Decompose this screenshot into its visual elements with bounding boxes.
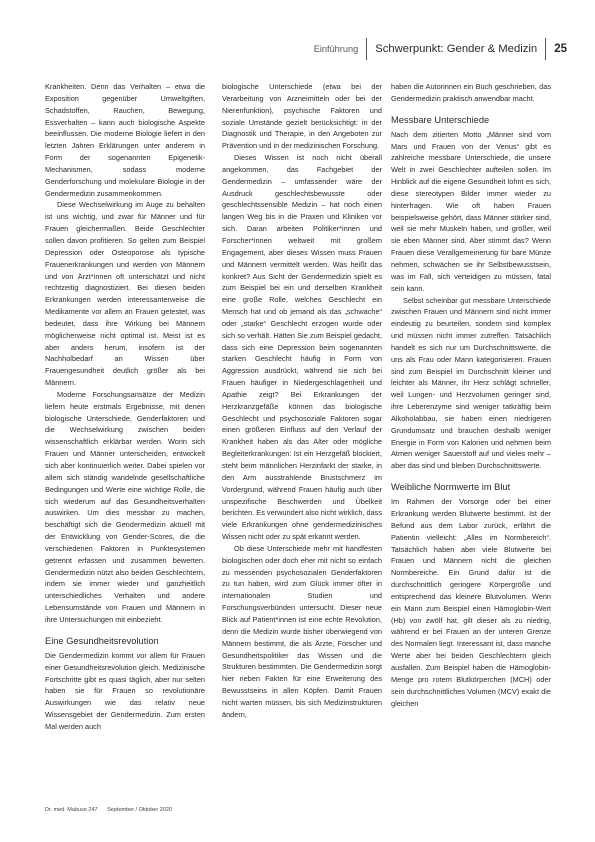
page-footer: Dr. med. Mabuse 247 September / Oktober …	[45, 807, 180, 813]
section-heading: Weibliche Normwerte im Blut	[391, 481, 551, 493]
paragraph: Ob diese Unterschiede mehr mit handfeste…	[222, 543, 382, 721]
paragraph: Diese Wechselwirkung im Auge zu behalten…	[45, 199, 205, 389]
column-2: biologische Unterschiede (etwa bei der V…	[222, 81, 382, 721]
header-section: Einführung	[314, 44, 358, 54]
section-heading: Eine Gesundheitsrevolution	[45, 635, 205, 647]
section-heading: Messbare Unterschiede	[391, 114, 551, 126]
column-3: haben die Autorinnen ein Buch geschriebe…	[391, 81, 551, 709]
header-topic: Schwerpunkt: Gender & Medizin	[375, 43, 537, 55]
article-body: Krankheiten. Denn das Verhalten – etwa d…	[45, 81, 565, 801]
footer-issue: September / Oktober 2020	[107, 807, 172, 813]
paragraph: Im Rahmen der Vorsorge oder bei einer Er…	[391, 496, 551, 709]
paragraph: Krankheiten. Denn das Verhalten – etwa d…	[45, 81, 205, 199]
paragraph: Die Gendermedizin kommt vor allem für Fr…	[45, 650, 205, 733]
paragraph: haben die Autorinnen ein Buch geschriebe…	[391, 81, 551, 105]
paragraph: Selbst scheinbar gut messbare Unterschie…	[391, 295, 551, 473]
paragraph: biologische Unterschiede (etwa bei der V…	[222, 81, 382, 152]
header-divider	[545, 38, 546, 60]
paragraph: Nach dem zitierten Motto „Männer sind vo…	[391, 129, 551, 295]
paragraph: Moderne Forschungsansätze der Medizin li…	[45, 389, 205, 626]
header-divider	[366, 38, 367, 60]
column-1: Krankheiten. Denn das Verhalten – etwa d…	[45, 81, 205, 733]
running-header: Einführung Schwerpunkt: Gender & Medizin…	[314, 38, 567, 60]
page-number: 25	[554, 43, 567, 55]
paragraph: Dieses Wissen ist noch nicht überall ang…	[222, 152, 382, 543]
footer-publication: Dr. med. Mabuse 247	[45, 807, 98, 813]
